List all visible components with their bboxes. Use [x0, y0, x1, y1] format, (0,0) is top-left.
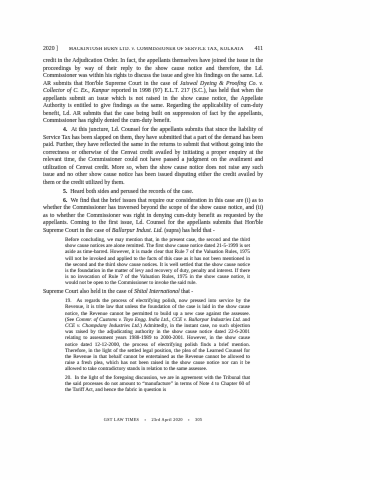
paragraph-5: 5. Heard both sides and perused the reco…: [43, 189, 263, 197]
page-content: 2020 ] MACKINTOSH BURN LTD. v. COMMISSIO…: [43, 46, 263, 395]
scanned-law-report-page: 2020 ] MACKINTOSH BURN LTD. v. COMMISSIO…: [0, 0, 370, 480]
blockquote-shital-20: 20. In the light of the foregoing discus…: [65, 375, 250, 394]
running-title: MACKINTOSH BURN LTD. v. COMMISSIONER OF …: [58, 47, 255, 52]
paragraph-shital-intro: Supreme Court also held in the case of S…: [43, 289, 263, 297]
footer-journal-name: GST LAW TIMES: [104, 417, 139, 422]
footer-date: 23rd April 2020: [152, 417, 183, 422]
footer-separator-icon: ▪: [188, 418, 190, 422]
footer-page-number: 305: [195, 417, 202, 422]
paragraph-4: 4. At this juncture, Ld. Counsel for the…: [43, 127, 263, 187]
page-header: 2020 ] MACKINTOSH BURN LTD. v. COMMISSIO…: [43, 46, 263, 52]
footer-separator-icon: ▪: [145, 418, 147, 422]
page-footer: GST LAW TIMES ▪ 23rd April 2020 ▪ 305: [43, 417, 263, 422]
header-year-label: 2020 ]: [43, 46, 58, 52]
paragraph-6: 6. We find that the brief issues that re…: [43, 198, 263, 236]
blockquote-ballarpur: Before concluding, we may mention that, …: [65, 237, 250, 287]
header-page-number: 411: [255, 46, 263, 52]
blockquote-shital-19: 19. As regards the process of electrifyi…: [65, 298, 250, 372]
paragraph-continuation: credit in the Adjudication Order. In fac…: [43, 58, 263, 126]
